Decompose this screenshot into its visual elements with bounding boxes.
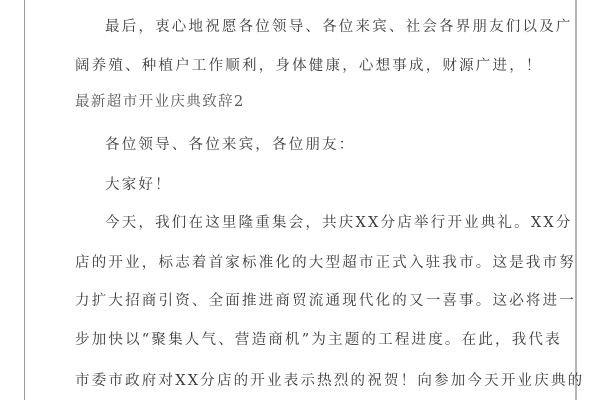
greeting-line: 大家好！ <box>105 176 172 194</box>
paragraph-line: 市委市政府对XX分店的开业表示热烈的祝贺！向参加今天开业庆典的 <box>75 372 584 390</box>
paragraph-line: 最后，衷心地祝愿各位领导、各位来宾、社会各界朋友们以及广 <box>105 18 573 36</box>
paragraph-line: 店的开业，标志着首家标准化的大型超市正式入驻我市。这是我市努 <box>75 254 576 272</box>
paragraph-line: 步加快以“聚集人气、营造商机”为主题的工程进度。在此，我代表 <box>75 331 562 349</box>
page-left-border <box>24 0 25 400</box>
page-right-border <box>575 0 577 400</box>
section-heading: 最新超市开业庆典致辞2 <box>75 93 245 111</box>
paragraph-line: 今天，我们在这里隆重集会，共庆XX分店举行开业典礼。XX分 <box>105 214 573 232</box>
paragraph-line: 阔养殖、种植户工作顺利，身体健康，心想事成，财源广进，！ <box>75 57 543 75</box>
salutation-line: 各位领导、各位来宾，各位朋友： <box>105 136 356 154</box>
paragraph-line: 力扩大招商引资、全面推进商贸流通现代化的又一喜事。这必将进一 <box>75 292 576 310</box>
